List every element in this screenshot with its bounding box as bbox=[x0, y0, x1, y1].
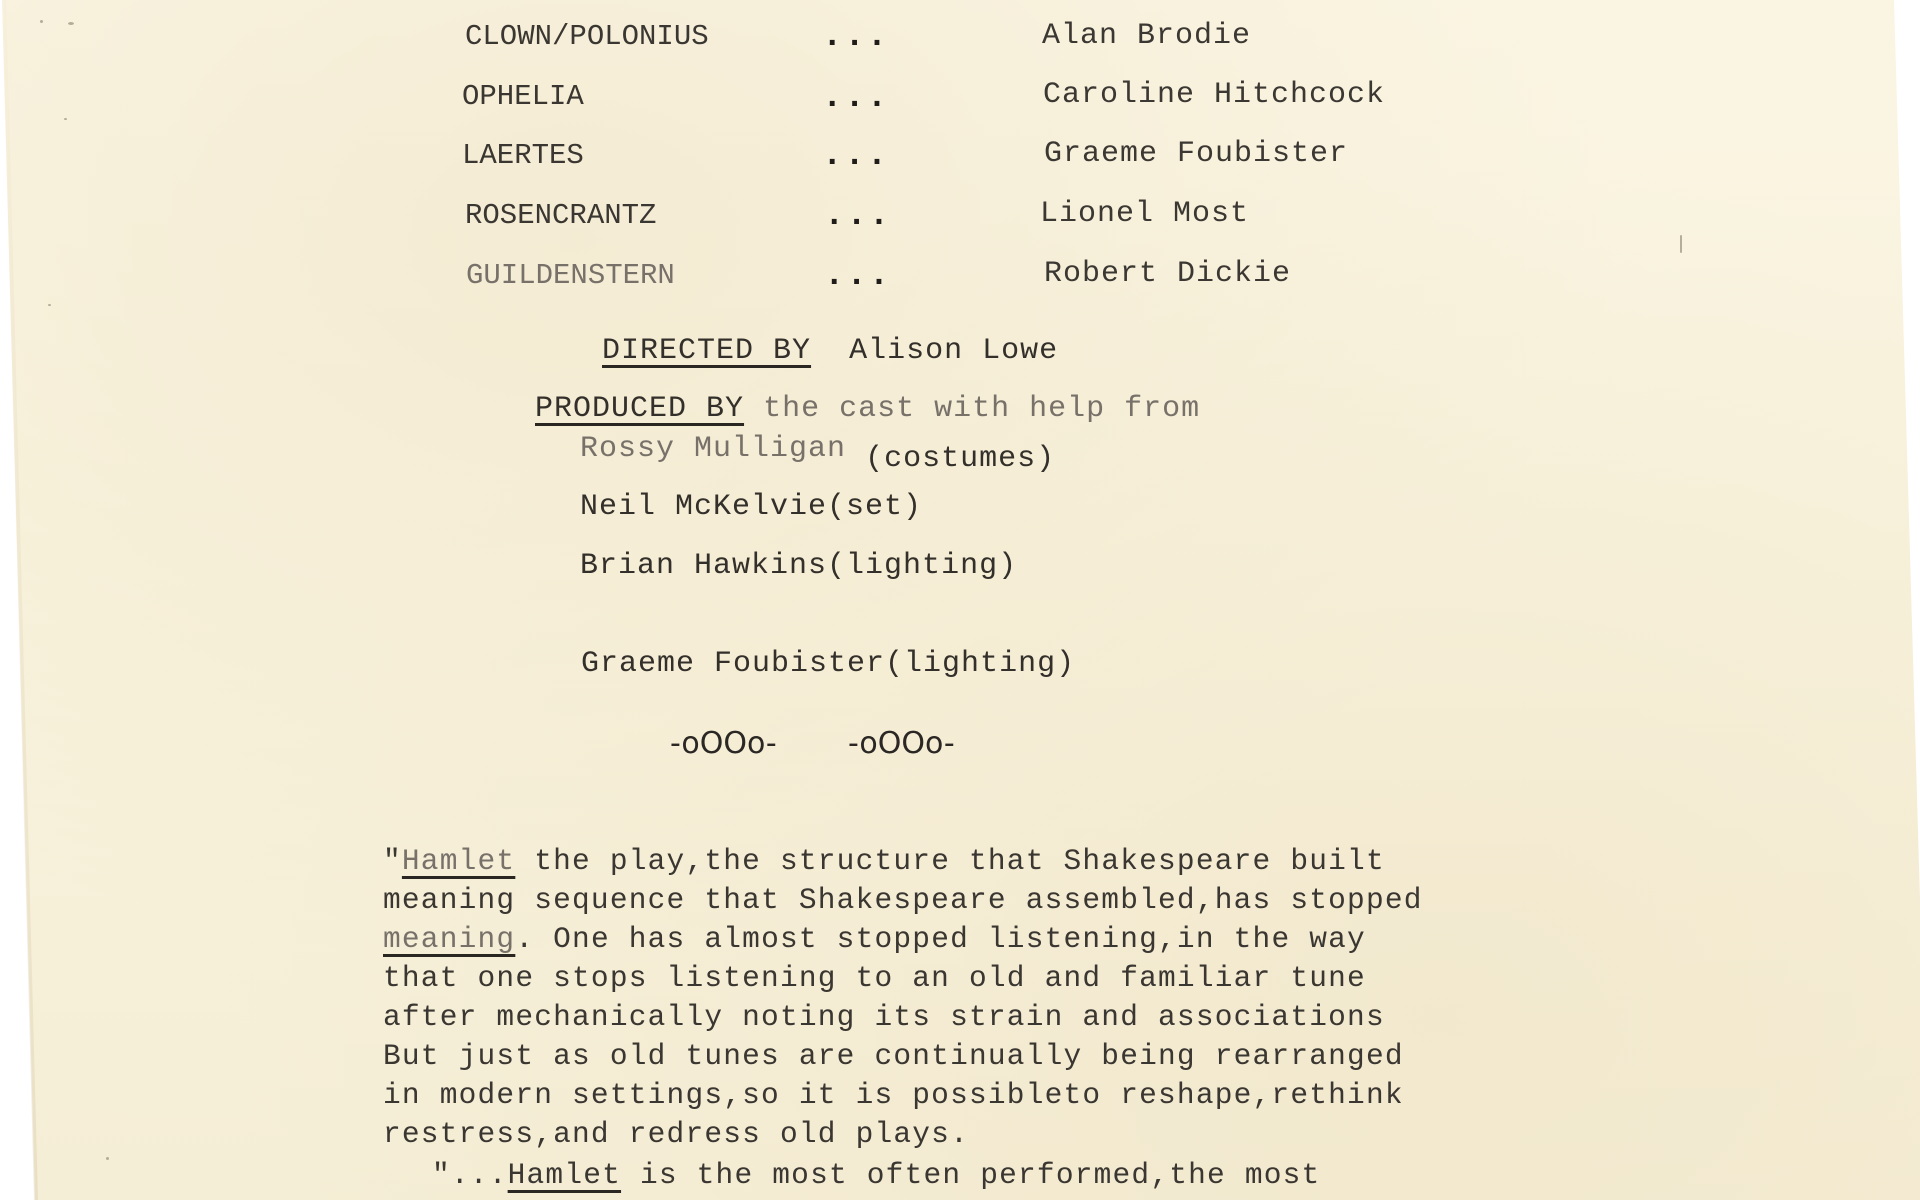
helper-role: (costumes) bbox=[865, 442, 1055, 476]
paper-speck bbox=[1680, 235, 1682, 253]
helper-name: Neil McKelvie bbox=[580, 490, 827, 524]
quote-line: in modern settings,so it is possibleto r… bbox=[383, 1081, 1404, 1111]
play-title: Hamlet bbox=[402, 844, 515, 878]
quote-line: But just as old tunes are continually be… bbox=[383, 1042, 1404, 1072]
cast-dots: ... bbox=[824, 199, 891, 233]
paper-speck bbox=[64, 118, 67, 120]
helper-role: (lighting) bbox=[885, 647, 1075, 681]
quote-continuation: "...Hamlet is the most often performed,t… bbox=[432, 1161, 1320, 1191]
produced-by-text: the cast with help from bbox=[763, 392, 1200, 426]
quote-line: meaning. One has almost stopped listenin… bbox=[383, 925, 1366, 955]
produced-by-line: PRODUCED BY the cast with help from bbox=[535, 394, 1200, 424]
helper-name: Rossy Mulligan bbox=[580, 432, 846, 466]
cast-dots: ... bbox=[822, 81, 889, 115]
cast-actor: Robert Dickie bbox=[1044, 259, 1291, 289]
quote-line: "Hamlet the play,the structure that Shak… bbox=[383, 847, 1385, 877]
cast-role: LAERTES bbox=[462, 141, 584, 170]
quote-line: meaning sequence that Shakespeare assemb… bbox=[383, 886, 1423, 916]
cast-role: ROSENCRANTZ bbox=[465, 201, 656, 230]
section-divider: -oOOo- bbox=[848, 729, 955, 759]
directed-by-label: DIRECTED BY bbox=[602, 334, 811, 368]
directed-by-line: DIRECTED BY Alison Lowe bbox=[602, 336, 1058, 366]
cast-dots: ... bbox=[822, 20, 889, 54]
cast-role: OPHELIA bbox=[462, 82, 584, 111]
helper-credit: Graeme Foubister(lighting) bbox=[581, 649, 1075, 679]
quote-line: restress,and redress old plays. bbox=[383, 1120, 969, 1150]
produced-by-label: PRODUCED BY bbox=[535, 392, 744, 426]
helper-name: Brian Hawkins bbox=[580, 549, 827, 583]
paper-speck bbox=[68, 22, 74, 25]
cast-actor: Caroline Hitchcock bbox=[1043, 80, 1385, 110]
cast-actor: Graeme Foubister bbox=[1044, 139, 1348, 169]
helper-credit: Neil McKelvie(set) bbox=[580, 492, 922, 522]
section-divider: -oOOo- bbox=[670, 729, 777, 759]
emphasis: meaning bbox=[383, 922, 515, 956]
quote-line: that one stops listening to an old and f… bbox=[383, 964, 1366, 994]
paper-speck bbox=[48, 304, 51, 306]
cast-dots: ... bbox=[822, 139, 889, 173]
paper-speck bbox=[106, 1157, 109, 1160]
quote-line: after mechanically noting its strain and… bbox=[383, 1003, 1385, 1033]
paper-speck bbox=[40, 20, 43, 23]
play-title: Hamlet bbox=[508, 1158, 621, 1192]
helper-name: Graeme Foubister bbox=[581, 647, 885, 681]
cast-actor: Lionel Most bbox=[1040, 199, 1249, 229]
cast-role: CLOWN/POLONIUS bbox=[465, 22, 709, 51]
cast-actor: Alan Brodie bbox=[1042, 21, 1251, 51]
helper-credit: Rossy Mulligan (costumes) bbox=[580, 434, 1055, 464]
director-name: Alison Lowe bbox=[849, 334, 1058, 368]
helper-role: (lighting) bbox=[827, 549, 1017, 583]
helper-role: (set) bbox=[827, 490, 922, 524]
cast-dots: ... bbox=[824, 259, 891, 293]
cast-role: GUILDENSTERN bbox=[466, 261, 675, 290]
helper-credit: Brian Hawkins(lighting) bbox=[580, 551, 1017, 581]
